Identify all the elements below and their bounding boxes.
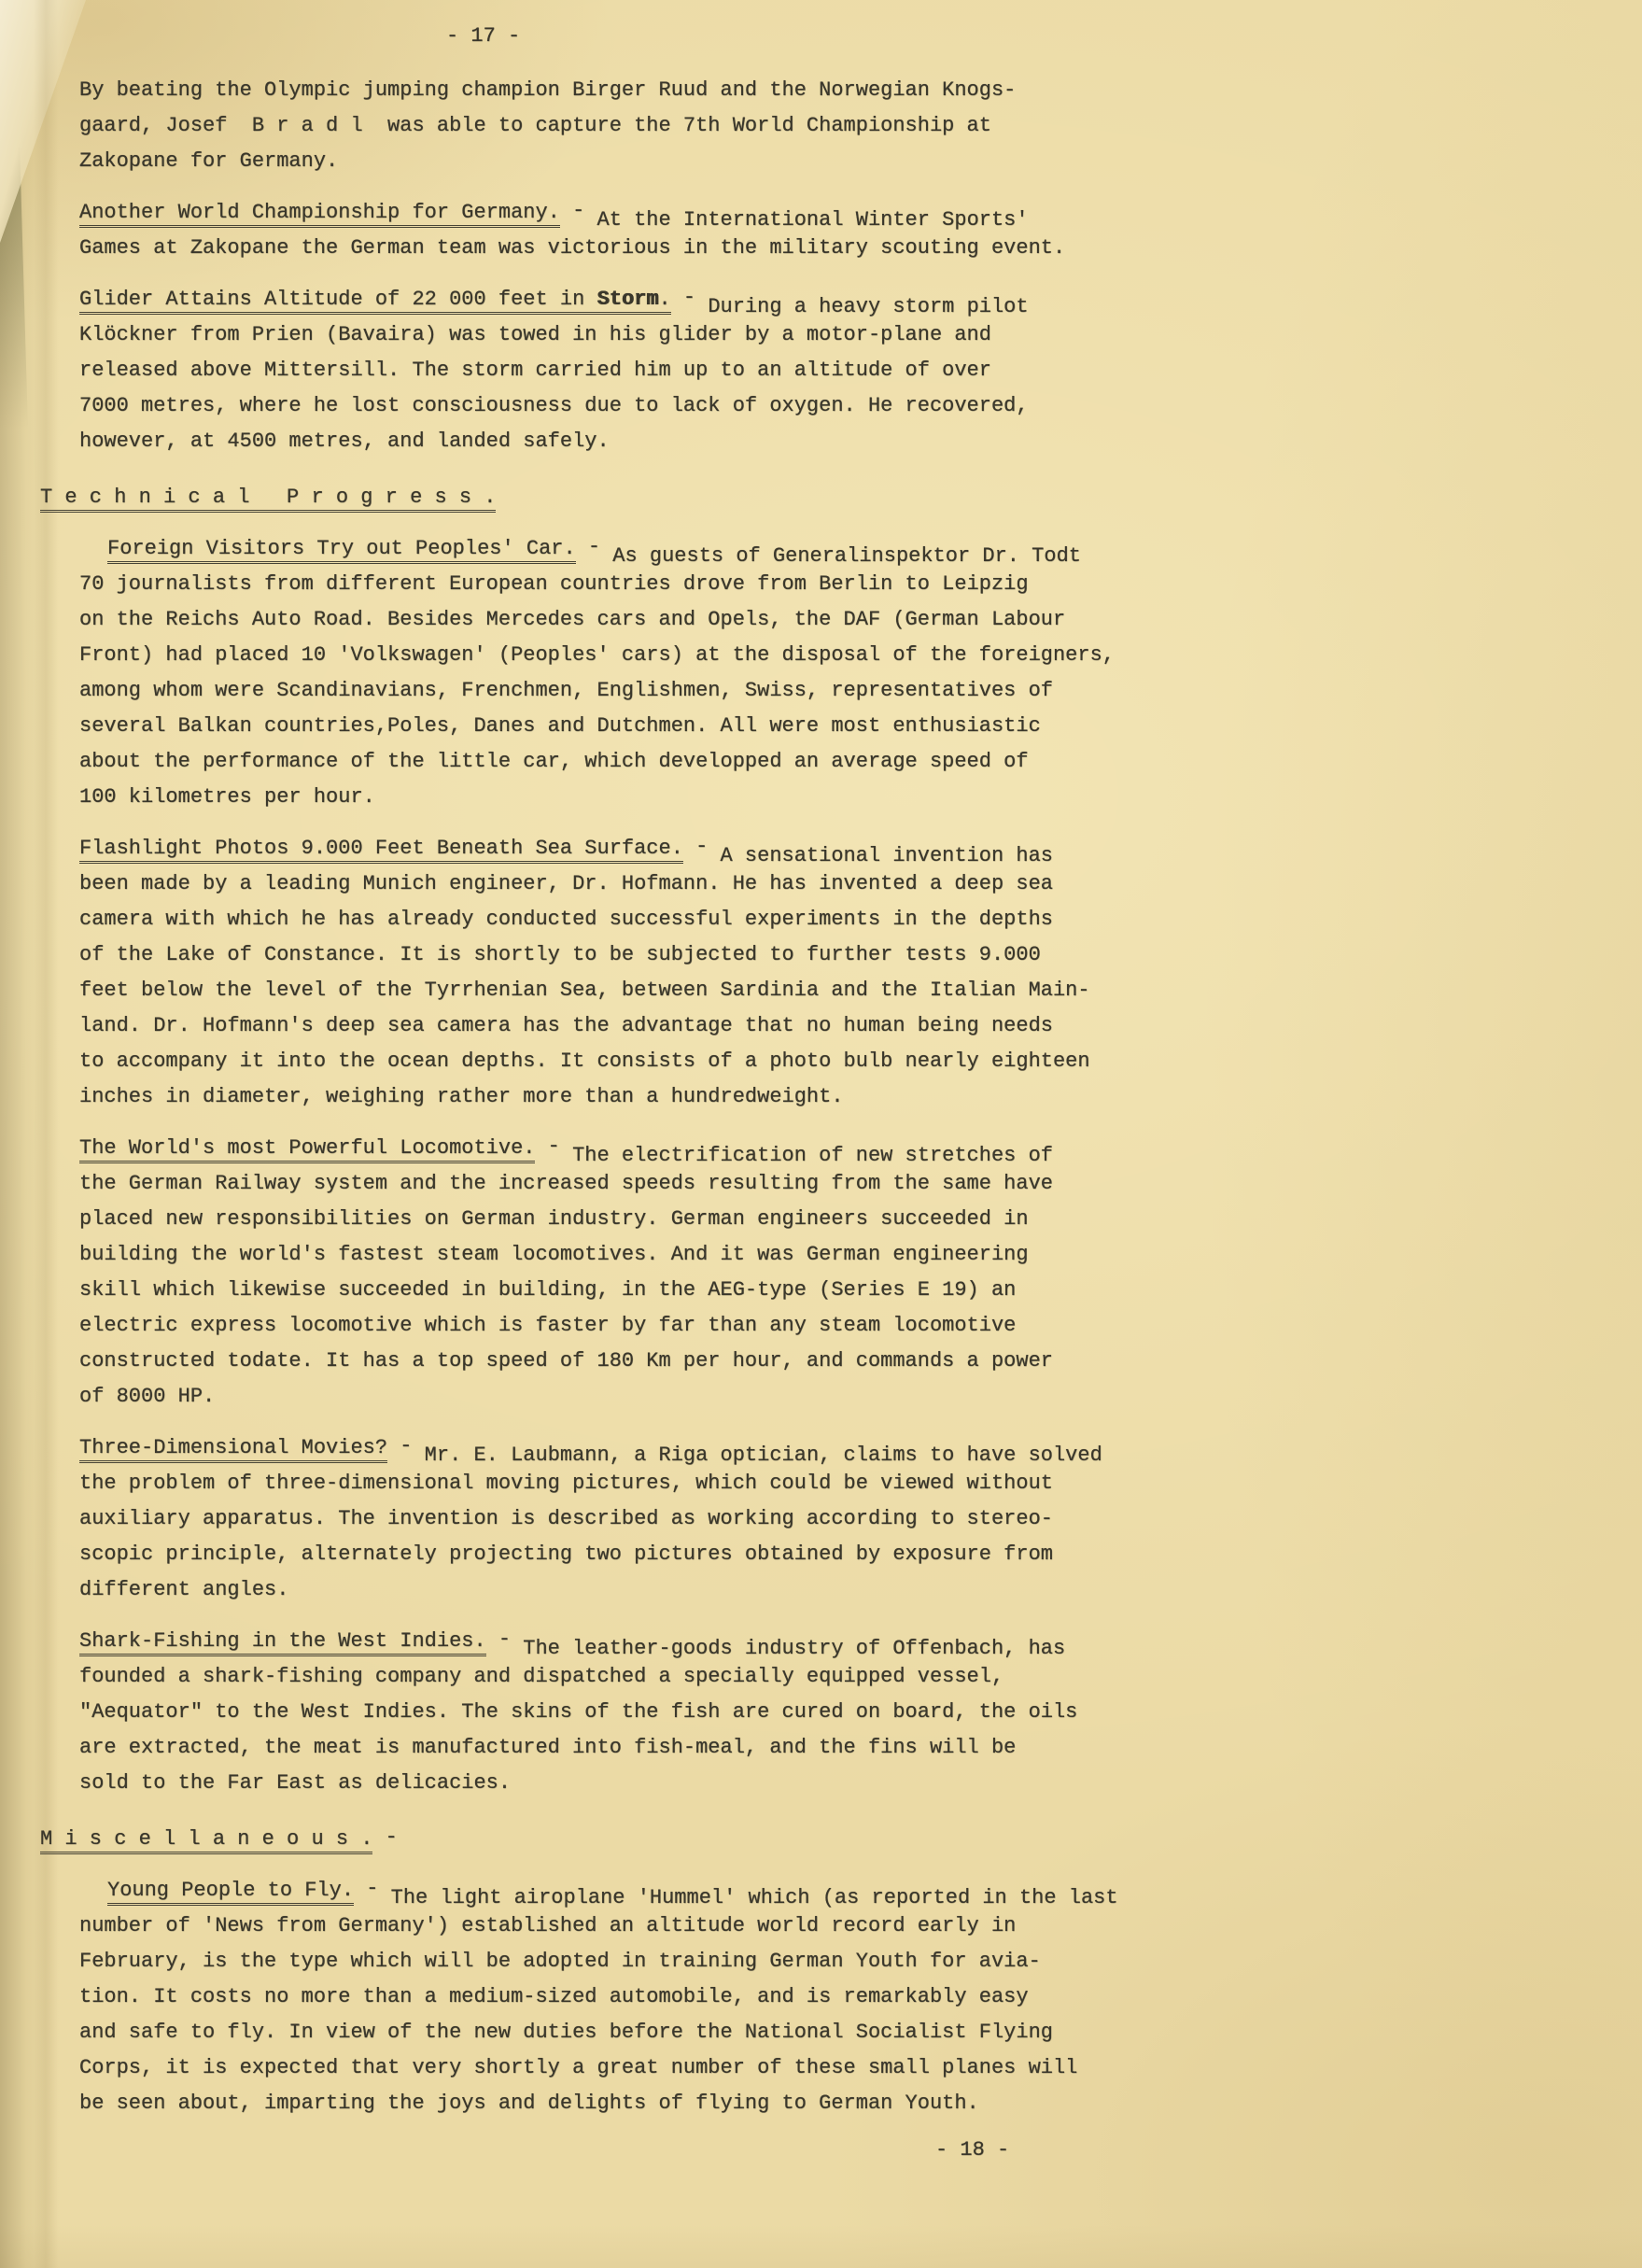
heading-separator-dash: - (387, 1434, 412, 1458)
section-lead-text: As guests of Generalinspektor Dr. Todt (600, 544, 1081, 568)
section-three-dimensional-movies: Three-Dimensional Movies? - Mr. E. Laubm… (79, 1430, 1200, 1608)
section-first-line: Glider Attains Altitude of 22 000 feet i… (79, 282, 1200, 317)
typed-line: By beating the Olympic jumping champion … (79, 73, 1200, 108)
typed-line: on the Reichs Auto Road. Besides Mercede… (79, 602, 1200, 638)
section-first-line: Shark-Fishing in the West Indies. - The … (79, 1624, 1200, 1659)
heading-separator-dash: - (354, 1877, 378, 1900)
section-first-line: T e c h n i c a l P r o g r e s s . (40, 480, 1200, 515)
typed-line: however, at 4500 metres, and landed safe… (79, 424, 1200, 459)
heading-separator-dash: - (576, 535, 600, 558)
typed-line: about the performance of the little car,… (79, 744, 1200, 780)
typed-line: feet below the level of the Tyrrhenian S… (79, 973, 1200, 1008)
section-heading: T e c h n i c a l P r o g r e s s . (40, 486, 496, 513)
section-shark-fishing: Shark-Fishing in the West Indies. - The … (79, 1624, 1200, 1801)
typed-text-column: By beating the Olympic jumping champion … (79, 73, 1200, 2121)
section-heading: Shark-Fishing in the West Indies. (79, 1629, 486, 1656)
section-heading: Three-Dimensional Movies? (79, 1436, 387, 1463)
typed-line: "Aequator" to the West Indies. The skins… (79, 1695, 1200, 1730)
typed-line: and safe to fly. In view of the new duti… (79, 2015, 1200, 2050)
typed-line: tion. It costs no more than a medium-siz… (79, 1979, 1200, 2015)
section-lead-text: The electrification of new stretches of (560, 1144, 1053, 1167)
typed-line: skill which likewise succeeded in buildi… (79, 1273, 1200, 1308)
section-first-line: The World's most Powerful Locomotive. - … (79, 1131, 1200, 1166)
section-heading: The World's most Powerful Locomotive. (79, 1136, 535, 1163)
section-lead-text: A sensational invention has (708, 844, 1053, 867)
typed-line: number of 'News from Germany') establish… (79, 1909, 1200, 1944)
typed-line: scopic principle, alternately projecting… (79, 1537, 1200, 1572)
typed-line: Front) had placed 10 'Volkswagen' (Peopl… (79, 638, 1200, 673)
typed-line: the German Railway system and the increa… (79, 1166, 1200, 1202)
typed-line: gaard, Josef B r a d l was able to captu… (79, 108, 1200, 144)
section-heading: Glider Attains Altitude of 22 000 feet i… (79, 288, 671, 315)
section-another-world-championship: Another World Championship for Germany. … (79, 195, 1200, 266)
typed-line: Zakopane for Germany. (79, 144, 1200, 179)
section-heading: M i s c e l l a n e o u s . (40, 1827, 372, 1854)
section-first-line: Young People to Fly. - The light airopla… (79, 1873, 1200, 1909)
typed-line: camera with which he has already conduct… (79, 902, 1200, 937)
typed-line: February, is the type which will be adop… (79, 1944, 1200, 1979)
paper-crease (34, 0, 58, 2268)
scanned-typewritten-page: - 17 - By beating the Olympic jumping ch… (0, 0, 1642, 2268)
typed-line: 7000 metres, where he lost consciousness… (79, 388, 1200, 424)
heading-separator-dash: - (535, 1134, 559, 1158)
page-number-top: - 17 - (446, 19, 520, 54)
typed-line: are extracted, the meat is manufactured … (79, 1730, 1200, 1766)
section-lead-text: During a heavy storm pilot (695, 295, 1028, 318)
typed-line: placed new responsibilities on German in… (79, 1202, 1200, 1237)
typed-line: to accompany it into the ocean depths. I… (79, 1044, 1200, 1079)
section-miscellaneous-heading: M i s c e l l a n e o u s . - (40, 1822, 1200, 1857)
page-number-bottom: - 18 - (935, 2133, 1009, 2168)
typed-line: Klöckner from Prien (Bavaira) was towed … (79, 317, 1200, 353)
typed-line: inches in diameter, weighing rather more… (79, 1079, 1200, 1115)
section-heading: Flashlight Photos 9.000 Feet Beneath Sea… (79, 837, 683, 864)
typed-line: be seen about, imparting the joys and de… (79, 2086, 1200, 2121)
typed-line: building the world's fastest steam locom… (79, 1237, 1200, 1273)
section-young-people-to-fly: Young People to Fly. - The light airopla… (79, 1873, 1200, 2121)
typed-line: 100 kilometres per hour. (79, 780, 1200, 815)
section-peoples-car: Foreign Visitors Try out Peoples' Car. -… (79, 531, 1200, 815)
section-first-line: Foreign Visitors Try out Peoples' Car. -… (79, 531, 1200, 567)
section-bradl-world-championship: By beating the Olympic jumping champion … (79, 73, 1200, 179)
typed-line: released above Mittersill. The storm car… (79, 353, 1200, 388)
typed-line: constructed todate. It has a top speed o… (79, 1344, 1200, 1379)
heading-separator-dash: - (560, 199, 584, 222)
section-heading: Another World Championship for Germany. (79, 201, 560, 228)
section-first-line: Flashlight Photos 9.000 Feet Beneath Sea… (79, 831, 1200, 866)
section-lead-text: Mr. E. Laubmann, a Riga optician, claims… (412, 1444, 1102, 1467)
typed-line: several Balkan countries,Poles, Danes an… (79, 709, 1200, 744)
section-lead-text: The leather-goods industry of Offenbach,… (511, 1637, 1065, 1660)
typed-line: 70 journalists from different European c… (79, 567, 1200, 602)
typed-line: founded a shark-fishing company and disp… (79, 1659, 1200, 1695)
heading-separator-dash: - (486, 1627, 511, 1651)
section-powerful-locomotive: The World's most Powerful Locomotive. - … (79, 1131, 1200, 1415)
section-lead-text: At the International Winter Sports' (584, 208, 1028, 232)
overtyped-word: Storm (597, 288, 659, 311)
typed-line: auxiliary apparatus. The invention is de… (79, 1501, 1200, 1537)
section-first-line: M i s c e l l a n e o u s . - (40, 1822, 1200, 1857)
section-heading: Foreign Visitors Try out Peoples' Car. (107, 537, 576, 564)
typed-line: Games at Zakopane the German team was vi… (79, 231, 1200, 266)
section-technical-progress-heading: T e c h n i c a l P r o g r e s s . (40, 480, 1200, 515)
heading-separator-dash: - (372, 1825, 397, 1849)
typed-line: the problem of three-dimensional moving … (79, 1466, 1200, 1501)
section-deep-sea-camera: Flashlight Photos 9.000 Feet Beneath Sea… (79, 831, 1200, 1115)
typed-line: among whom were Scandinavians, Frenchmen… (79, 673, 1200, 709)
typed-line: different angles. (79, 1572, 1200, 1608)
typed-line: sold to the Far East as delicacies. (79, 1766, 1200, 1801)
heading-separator-dash: - (683, 835, 708, 858)
section-glider-altitude-storm: Glider Attains Altitude of 22 000 feet i… (79, 282, 1200, 459)
heading-separator-dash: - (671, 286, 695, 309)
typed-line: Corps, it is expected that very shortly … (79, 2050, 1200, 2086)
section-first-line: Three-Dimensional Movies? - Mr. E. Laubm… (79, 1430, 1200, 1466)
typed-line: of the Lake of Constance. It is shortly … (79, 937, 1200, 973)
section-first-line: Another World Championship for Germany. … (79, 195, 1200, 231)
typed-line: land. Dr. Hofmann's deep sea camera has … (79, 1008, 1200, 1044)
typed-line: electric express locomotive which is fas… (79, 1308, 1200, 1344)
typed-line: been made by a leading Munich engineer, … (79, 866, 1200, 902)
typed-line: of 8000 HP. (79, 1379, 1200, 1415)
section-heading: Young People to Fly. (107, 1879, 354, 1906)
section-lead-text: The light airoplane 'Hummel' which (as r… (378, 1886, 1117, 1909)
